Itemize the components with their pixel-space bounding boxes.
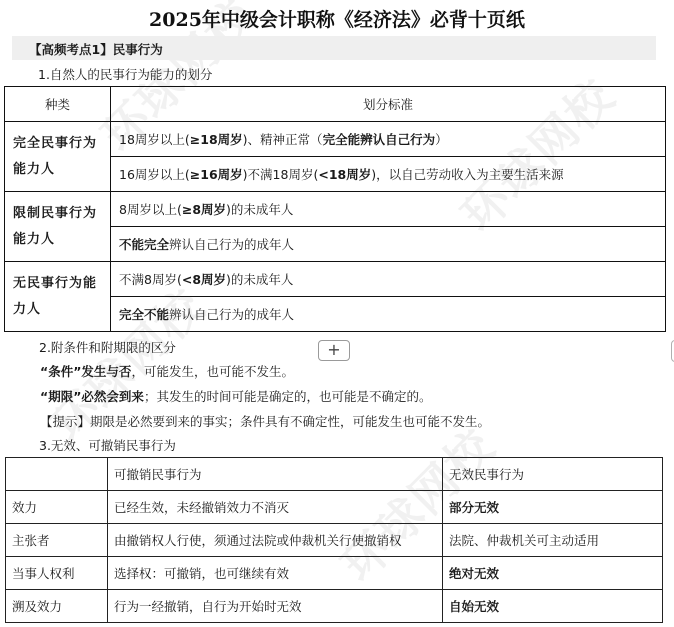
table-row: 当事人权利选择权：可撤销，也可继续有效绝对无效 [6, 557, 663, 590]
text-run: ，可能发生，也可能不发生。 [131, 364, 294, 379]
void-cell: 部分无效 [443, 491, 663, 524]
text-run: )不满18周岁( [243, 167, 319, 182]
note-line: 【提示】期限是必然要到来的事实；条件具有不确定性，可能发生也可能不发生。 [40, 412, 490, 430]
text-run: )，以自己劳动收入为主要生活来源 [371, 167, 563, 182]
capacity-table: 种类划分标准完全民事行为能力人18周岁以上(≥18周岁)、精神正常（完全能辨认自… [4, 86, 666, 332]
table-header-row: 可撤销民事行为无效民事行为 [6, 458, 663, 491]
text-run: 16周岁以上( [119, 167, 190, 182]
emphasis-text: ≥18周岁 [190, 132, 243, 147]
column-header: 可撤销民事行为 [108, 458, 443, 491]
text-run: 8周岁以上( [119, 202, 182, 217]
criteria-cell: 完全不能辨认自己行为的成年人 [111, 297, 666, 332]
table-header-row: 种类划分标准 [5, 87, 666, 122]
text-run: 辨认自己行为的成年人 [169, 237, 294, 252]
column-header: 无效民事行为 [443, 458, 663, 491]
emphasis-text: <8周岁 [182, 272, 226, 287]
criteria-cell: 18周岁以上(≥18周岁)、精神正常（完全能辨认自己行为） [111, 122, 666, 157]
emphasis-text: ≥8周岁 [182, 202, 226, 217]
text-run: )、精神正常（ [243, 132, 323, 147]
text-run: 【提示】期限是必然要到来的事实；条件具有不确定性，可能发生也可能不发生。 [40, 414, 490, 429]
emphasis-text: ≥16周岁 [190, 167, 243, 182]
section-header: 【高频考点1】民事行为 [12, 36, 656, 60]
part1-heading: 1.自然人的民事行为能力的划分 [38, 65, 212, 83]
row-label: 当事人权利 [6, 557, 108, 590]
table-row: 完全民事行为能力人18周岁以上(≥18周岁)、精神正常（完全能辨认自己行为） [5, 122, 666, 157]
section-header-label: 【高频考点1】民事行为 [29, 40, 163, 58]
text-run: )的未成年人 [226, 272, 293, 287]
table-row: 主张者由撤销权人行使，须通过法院或仲裁机关行使撤销权法院、仲裁机关可主动适用 [6, 524, 663, 557]
part2-heading: 2.附条件和附期限的区分 [39, 338, 176, 356]
revocable-cell: 选择权：可撤销，也可继续有效 [108, 557, 443, 590]
invalid-revocable-table: 可撤销民事行为无效民事行为效力已经生效，未经撤销效力不消灭部分无效主张者由撤销权… [5, 457, 663, 623]
category-cell: 限制民事行为能力人 [5, 192, 111, 262]
emphasis-text: 不能完全 [119, 237, 169, 252]
void-cell: 绝对无效 [443, 557, 663, 590]
revocable-cell: 行为一经撤销，自行为开始时无效 [108, 590, 443, 623]
criteria-cell: 8周岁以上(≥8周岁)的未成年人 [111, 192, 666, 227]
note-line: “条件”发生与否，可能发生，也可能不发生。 [40, 362, 294, 380]
table-row: 无民事行为能力人不满8周岁(<8周岁)的未成年人 [5, 262, 666, 297]
emphasis-text: 完全不能 [119, 307, 169, 322]
part3-heading: 3.无效、可撤销民事行为 [39, 436, 176, 454]
emphasis-text: “条件”发生与否 [40, 364, 131, 379]
column-header [6, 458, 108, 491]
column-header: 种类 [5, 87, 111, 122]
criteria-cell: 不能完全辨认自己行为的成年人 [111, 227, 666, 262]
table-row: 限制民事行为能力人8周岁以上(≥8周岁)的未成年人 [5, 192, 666, 227]
text-run: 18周岁以上( [119, 132, 190, 147]
category-cell: 无民事行为能力人 [5, 262, 111, 332]
note-line: “期限”必然会到来；其发生的时间可能是确定的，也可能是不确定的。 [40, 387, 431, 405]
text-run: )的未成年人 [226, 202, 293, 217]
criteria-cell: 16周岁以上(≥16周岁)不满18周岁(<18周岁)，以自己劳动收入为主要生活来… [111, 157, 666, 192]
revocable-cell: 由撤销权人行使，须通过法院或仲裁机关行使撤销权 [108, 524, 443, 557]
void-cell: 自始无效 [443, 590, 663, 623]
row-label: 主张者 [6, 524, 108, 557]
add-button[interactable]: + [318, 340, 350, 361]
table-row: 效力已经生效，未经撤销效力不消灭部分无效 [6, 491, 663, 524]
emphasis-text: 完全能辨认自己行为 [323, 132, 436, 147]
text-run: 辨认自己行为的成年人 [169, 307, 294, 322]
criteria-cell: 不满8周岁(<8周岁)的未成年人 [111, 262, 666, 297]
void-cell: 法院、仲裁机关可主动适用 [443, 524, 663, 557]
row-label: 溯及效力 [6, 590, 108, 623]
text-run: ；其发生的时间可能是确定的，也可能是不确定的。 [144, 389, 432, 404]
revocable-cell: 已经生效，未经撤销效力不消灭 [108, 491, 443, 524]
text-run: 不满8周岁( [119, 272, 182, 287]
table-row: 溯及效力行为一经撤销，自行为开始时无效自始无效 [6, 590, 663, 623]
emphasis-text: <18周岁 [318, 167, 371, 182]
row-label: 效力 [6, 491, 108, 524]
emphasis-text: “期限”必然会到来 [40, 389, 144, 404]
page-title: 2025年中级会计职称《经济法》必背十页纸 [0, 5, 674, 32]
text-run: ） [435, 132, 448, 147]
category-cell: 完全民事行为能力人 [5, 122, 111, 192]
column-header: 划分标准 [111, 87, 666, 122]
